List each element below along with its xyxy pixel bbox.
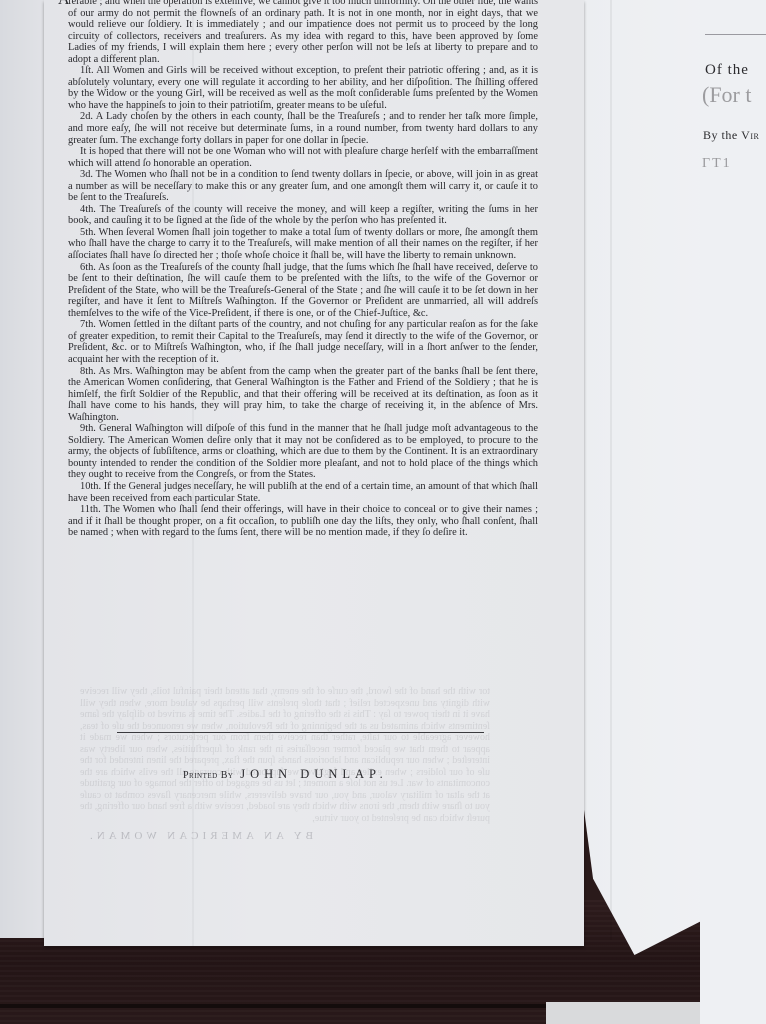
article-number: 11th. xyxy=(80,504,101,515)
article-9: 9th. General Waſhington will diſpoſe of … xyxy=(68,423,538,481)
drop-cap: A xyxy=(58,0,70,6)
article-text: It is hoped that there will not be one W… xyxy=(68,146,538,169)
article-8: 8th. As Mrs. Waſhington may be abſent fr… xyxy=(68,366,538,424)
right-sheet-inner-page xyxy=(700,0,766,1024)
right-sheet-byline: By the Vir xyxy=(703,128,759,143)
broadside-body: A ferable ; and when the operation is ex… xyxy=(68,0,538,539)
article-text: When ſeveral Women ſhall join together t… xyxy=(68,227,538,261)
article-2: 2d. A Lady choſen by the others in each … xyxy=(68,111,538,146)
right-sheet-crease xyxy=(610,0,612,940)
right-sheet-heading: Of the xyxy=(705,62,749,79)
article-text: General Waſhington will diſpoſe of this … xyxy=(68,423,538,480)
article-1: 1ſt. All Women and Girls will be receive… xyxy=(68,65,538,111)
article-7: 7th. Women ſettled in the diſtant parts … xyxy=(68,319,538,365)
right-sheet-rule xyxy=(705,34,766,35)
article-2-note: It is hoped that there will not be one W… xyxy=(68,146,538,169)
opening-paragraph: A ferable ; and when the operation is ex… xyxy=(68,0,538,65)
article-text: The Women who ſhall ſend their offerings… xyxy=(68,504,538,538)
article-number: 10th. xyxy=(80,481,101,492)
article-number: 7th. xyxy=(80,319,96,330)
article-4: 4th. The Treaſureſs of the county will r… xyxy=(68,204,538,227)
article-text: The Treaſureſs of the county will receiv… xyxy=(68,204,538,227)
article-text: A Lady choſen by the others in each coun… xyxy=(68,111,538,145)
article-11: 11th. The Women who ſhall ſend their off… xyxy=(68,504,538,539)
article-6: 6th. As ſoon as the Treaſureſs of the co… xyxy=(68,262,538,320)
article-10: 10th. If the General judges neceſſary, h… xyxy=(68,481,538,504)
photo-scene: Of the (For t By the Vir ΓΤ1 tor with th… xyxy=(0,0,766,1024)
article-text: If the General judges neceſſary, he will… xyxy=(68,481,538,504)
article-number: 6th. xyxy=(80,262,96,273)
article-number: 1ſt. xyxy=(80,65,94,76)
imprint-divider xyxy=(117,732,484,733)
article-text: Women ſettled in the diſtant parts of th… xyxy=(68,319,538,365)
article-5: 5th. When ſeveral Women ſhall join toget… xyxy=(68,227,538,262)
article-number: 8th. xyxy=(80,366,96,377)
article-number: 5th. xyxy=(80,227,96,238)
article-number: 4th. xyxy=(80,204,96,215)
article-number: 3d. xyxy=(80,169,93,180)
right-sheet-subheading: (For t xyxy=(702,82,752,108)
opening-text: ferable ; and when the operation is exte… xyxy=(68,0,538,65)
imprint-printer-name: JOHN DUNLAP. xyxy=(240,767,388,781)
right-byline-prefix: By the xyxy=(703,128,738,142)
right-sheet-ornament: ΓΤ1 xyxy=(702,156,732,172)
bleed-through-signature: BY AN AMERICAN WOMAN. xyxy=(86,830,313,842)
right-byline-smallcaps: Vir xyxy=(741,128,759,142)
imprint-prefix: Printed By xyxy=(183,770,233,781)
article-number: 2d. xyxy=(80,111,93,122)
bleed-through-text: tor with the hand of the ſword, the curſ… xyxy=(80,686,490,824)
article-text: The Women who ſhall not be in a conditio… xyxy=(68,169,538,203)
article-text: All Women and Girls will be received wit… xyxy=(68,65,538,111)
article-text: As ſoon as the Treaſureſs of the county … xyxy=(68,262,538,319)
article-number: 9th. xyxy=(80,423,96,434)
printer-imprint: Printed By JOHN DUNLAP. xyxy=(183,767,388,782)
article-text: As Mrs. Waſhington may be abſent from th… xyxy=(68,366,538,423)
article-3: 3d. The Women who ſhall not be in a cond… xyxy=(68,169,538,204)
